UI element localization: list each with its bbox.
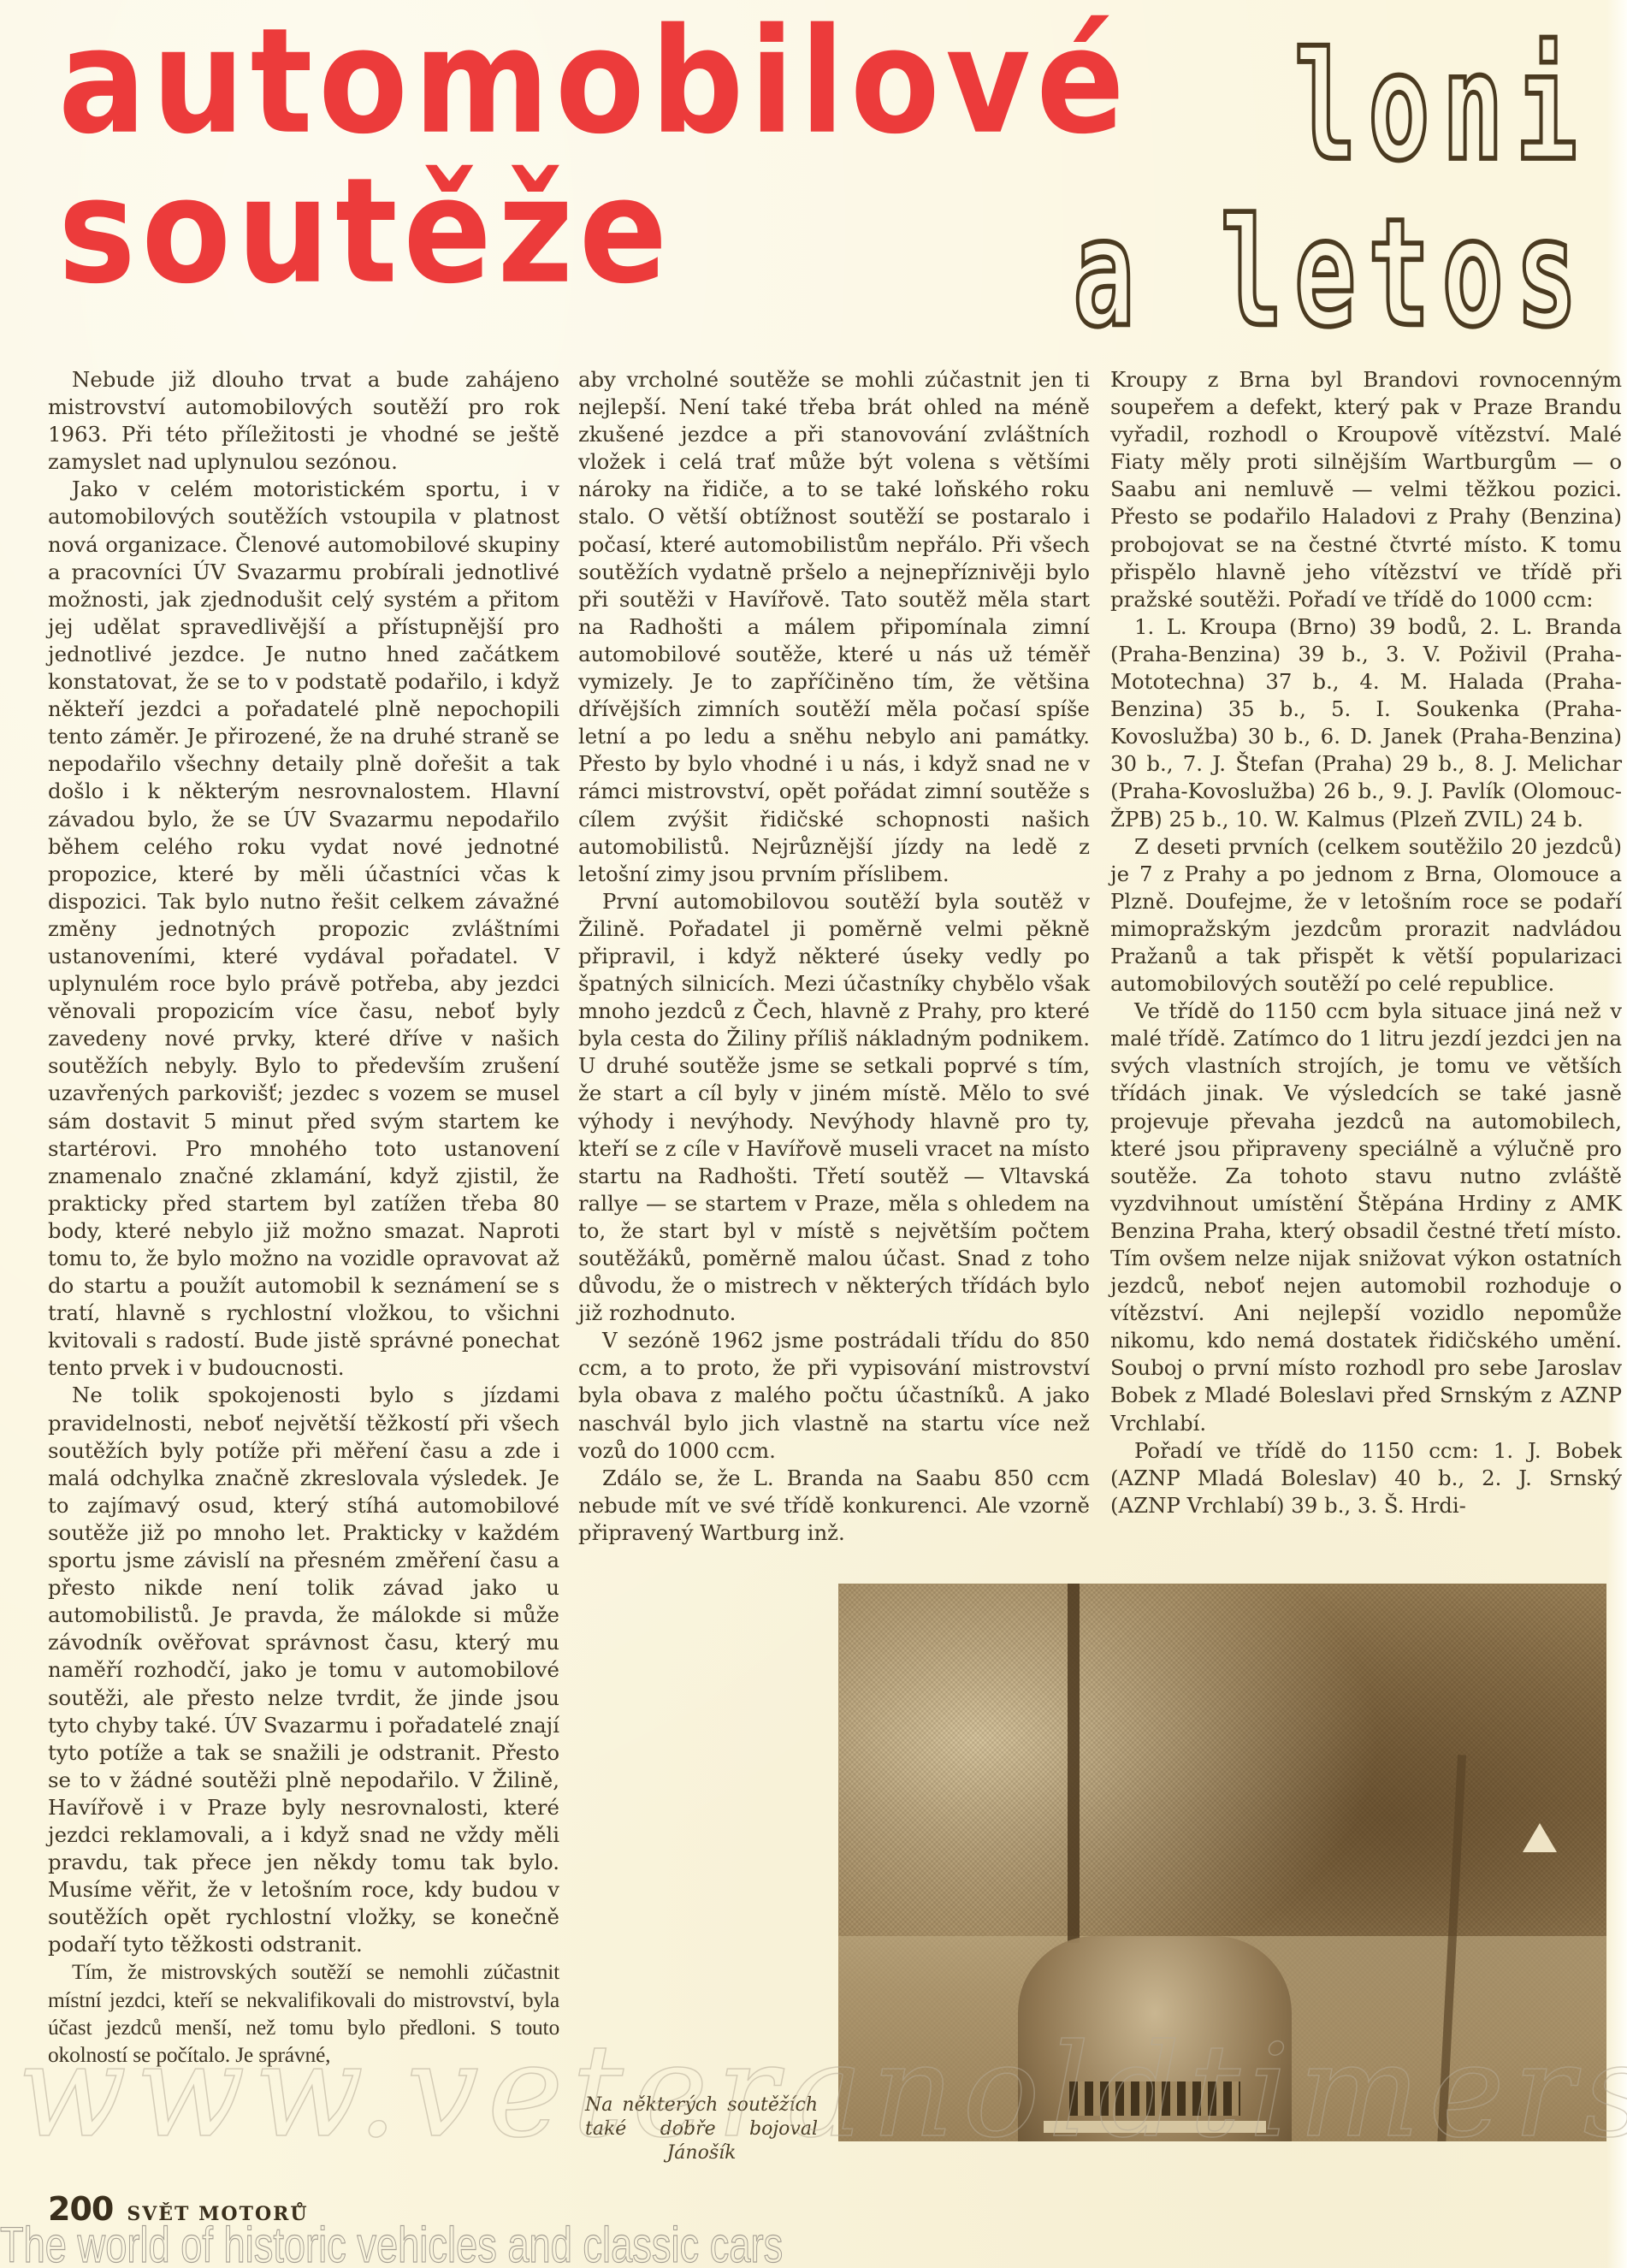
subtitle-line-1: loni (1073, 34, 1589, 183)
article-column-3: Kroupy z Brna byl Brandovi rovnocenným s… (1110, 366, 1622, 1519)
paragraph: Nebude již dlouho trvat a bude zahájeno … (48, 366, 559, 476)
paragraph: Ne tolik spokojenosti bylo s jízdami pra… (48, 1382, 559, 1958)
results-list-1150ccm: Pořadí ve třídě do 1150 ccm: 1. J. Bobek… (1110, 1437, 1622, 1519)
paragraph: Z deseti prvních (celkem soutěžilo 20 je… (1110, 833, 1622, 998)
article-column-1: Nebude již dlouho trvat a bude zahájeno … (48, 366, 559, 2069)
headline-line-1: automobilové (58, 17, 1169, 148)
page-number: 200 (48, 2190, 113, 2228)
car-bumper (1044, 2121, 1266, 2133)
headline-title: automobilové soutěže (58, 17, 1169, 298)
paragraph: Tím, že mistrovských soutěží se nemohli … (48, 1958, 559, 2068)
photo-caption: Na některých soutěžích také dobře bojova… (585, 2093, 818, 2165)
rally-car-photo (838, 1584, 1606, 2141)
article-column-2: aby vrcholné soutěže se mohli zúčastnit … (578, 366, 1090, 1547)
page-footer: 200 SVĚT MOTORŮ (48, 2190, 309, 2228)
paragraph: První automobilovou soutěží byla soutěž … (578, 888, 1090, 1328)
magazine-name: SVĚT MOTORŮ (127, 2203, 308, 2225)
photo-pole (1068, 1584, 1080, 1943)
paragraph: aby vrcholné soutěže se mohli zúčastnit … (578, 366, 1090, 888)
car-icon (1018, 1936, 1292, 2141)
paragraph: Ve třídě do 1150 ccm byla situace jiná n… (1110, 998, 1622, 1437)
paragraph: Kroupy z Brna byl Brandovi rovnocenným s… (1110, 366, 1622, 613)
warning-sign-icon (1523, 1823, 1557, 1852)
subtitle-line-2: a letos (1073, 200, 1589, 349)
paragraph: V sezóně 1962 jsme postrádali třídu do 8… (578, 1327, 1090, 1464)
headline-line-2: soutěže (58, 167, 1169, 298)
paragraph: Jako v celém motoristickém sportu, i v a… (48, 476, 559, 1382)
results-list-1000ccm: 1. L. Kroupa (Brno) 39 bodů, 2. L. Brand… (1110, 613, 1622, 833)
car-grille (1069, 2081, 1240, 2116)
headline-subtitle: loni a letos (1073, 34, 1589, 349)
paragraph: Zdálo se, že L. Branda na Saabu 850 ccm … (578, 1465, 1090, 1547)
watermark-tagline: The world of historic vehicles and class… (0, 2221, 867, 2268)
